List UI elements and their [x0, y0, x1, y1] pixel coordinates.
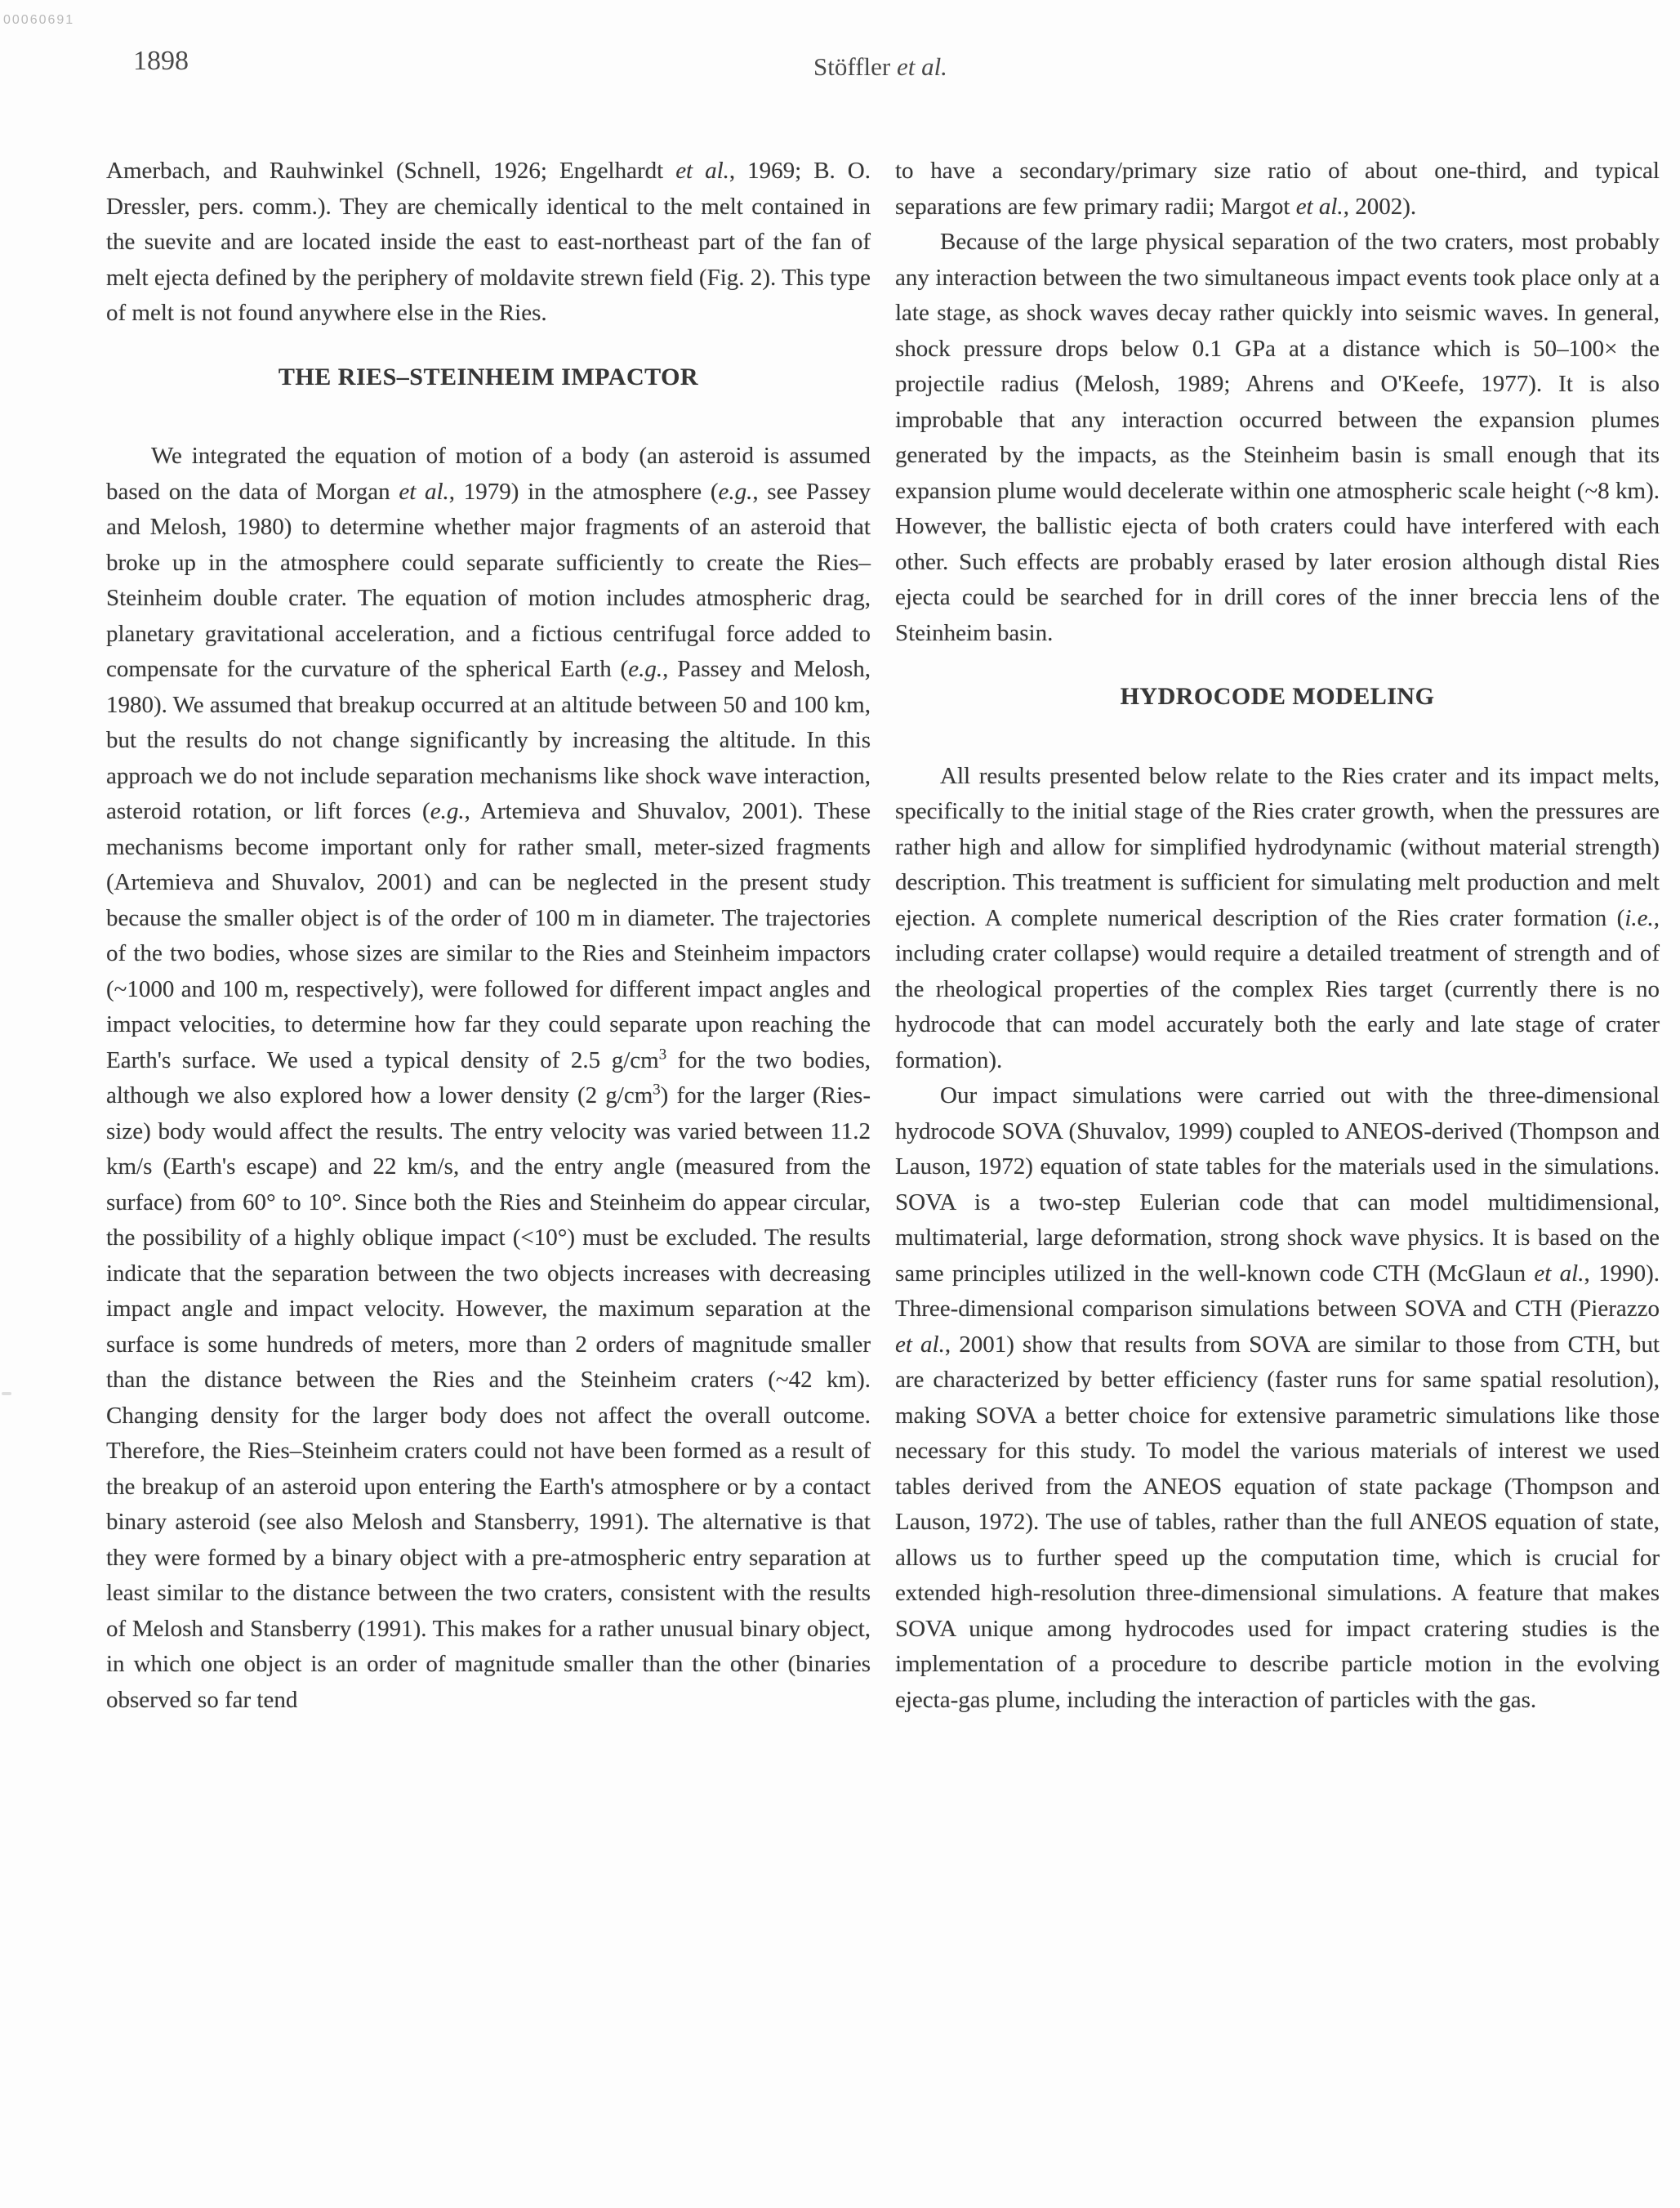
scan-artifact: [2, 1392, 11, 1395]
scan-id-stamp: 00060691: [3, 13, 74, 28]
left-text-column: Amerbach, and Rauhwinkel (Schnell, 1926;…: [106, 154, 871, 1718]
body-paragraph: We integrated the equation of motion of …: [106, 439, 871, 1718]
body-paragraph: All results presented below relate to th…: [895, 759, 1660, 1079]
right-text-column: to have a secondary/primary size ratio o…: [895, 154, 1660, 1718]
page-number: 1898: [133, 46, 189, 77]
body-paragraph: Our impact simulations were carried out …: [895, 1078, 1660, 1718]
scanned-paper-page: 00060691 1898 Stöffler et al. Amerbach, …: [0, 0, 1680, 2208]
section-heading: HYDROCODE MODELING: [895, 679, 1660, 715]
body-paragraph: Because of the large physical separation…: [895, 225, 1660, 651]
running-title-author: Stöffler: [813, 52, 890, 81]
body-paragraph: to have a secondary/primary size ratio o…: [895, 154, 1660, 225]
running-title: Stöffler et al.: [813, 52, 947, 82]
section-heading: THE RIES–STEINHEIM IMPACTOR: [106, 359, 871, 395]
running-title-etal: et al.: [897, 52, 947, 81]
body-paragraph: Amerbach, and Rauhwinkel (Schnell, 1926;…: [106, 154, 871, 332]
